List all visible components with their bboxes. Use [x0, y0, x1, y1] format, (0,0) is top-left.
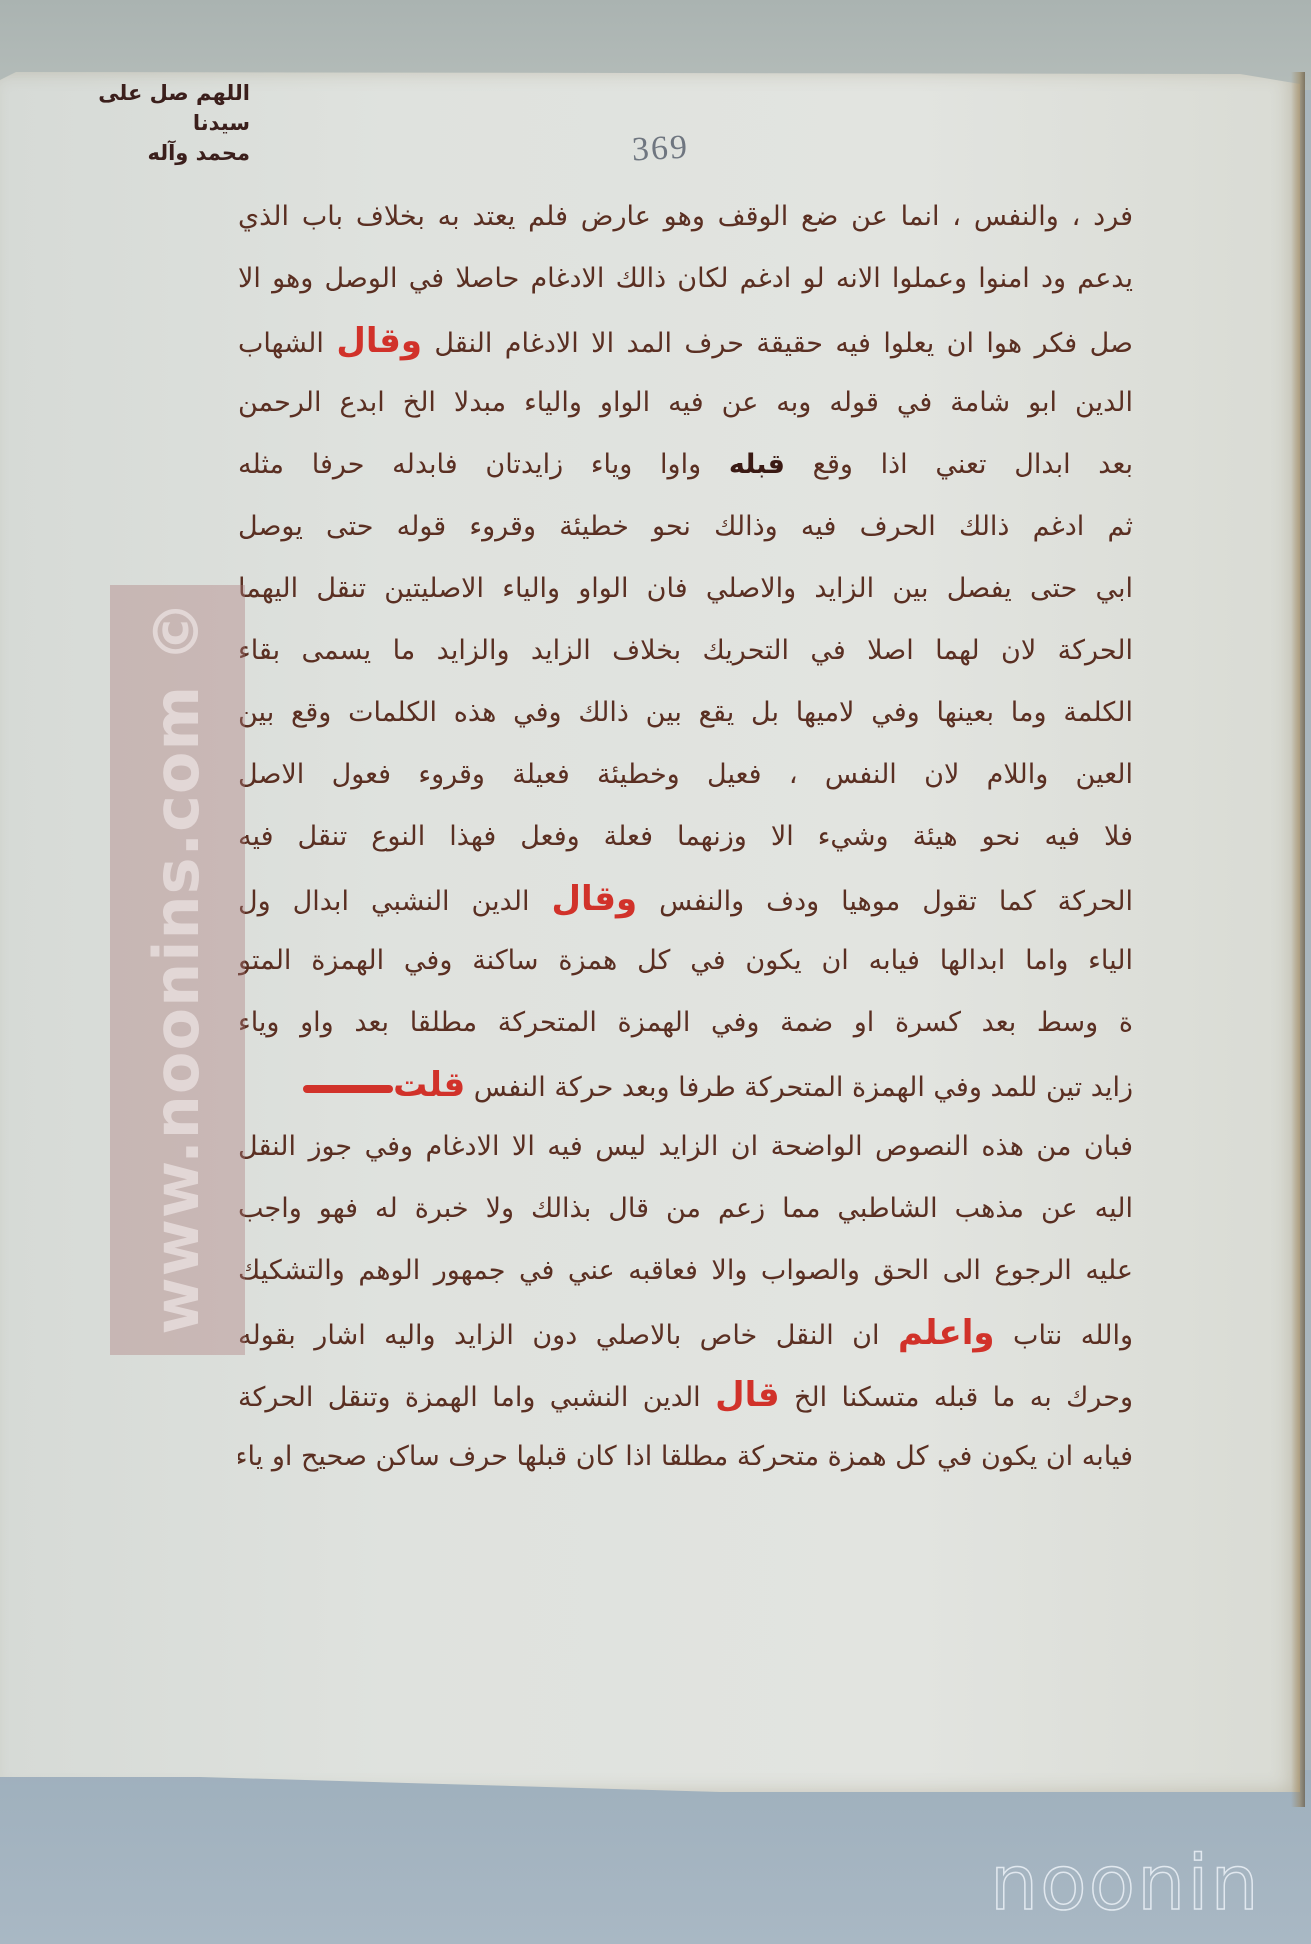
- line-text: فبان من هذه النصوص الواضحة ان الزايد ليس…: [238, 1131, 1133, 1162]
- manuscript-line: صل فكر هوا ان يعلوا فيه حقيقة حرف المد ا…: [238, 310, 1133, 372]
- page-edge-stain: [1291, 72, 1305, 1807]
- line-text: فلا فيه نحو هيئة وشيء الا وزنهما فعلة وف…: [238, 821, 1133, 852]
- manuscript-line: الحركة لان لهما اصلا في التحريك بخلاف ال…: [238, 620, 1133, 682]
- manuscript-line: زايد تين للمد وفي الهمزة المتحركة طرفا و…: [238, 1054, 1133, 1116]
- manuscript-line: وحرك به ما قبله متسكنا الخ قال الدين الن…: [238, 1364, 1133, 1426]
- line-text: ابي حتى يفصل بين الزايد والاصلي فان الوا…: [238, 573, 1133, 604]
- line-text: العين واللام لان النفس ، فعيل وخطيئة فعي…: [238, 759, 1133, 790]
- manuscript-line: الياء واما ابدالها فيابه ان يكون في كل ه…: [238, 930, 1133, 992]
- margin-note: اللهم صل على سيدنا محمد وآله: [40, 78, 250, 168]
- line-text: ثم ادغم ذالك الحرف فيه وذالك نحو خطيئة و…: [238, 511, 1133, 542]
- emphasized-word: قبله: [729, 449, 785, 480]
- margin-note-line: اللهم صل على سيدنا: [40, 78, 250, 138]
- manuscript-line: الدين ابو شامة في قوله وبه عن فيه الواو …: [238, 372, 1133, 434]
- line-text: ان النقل خاص بالاصلي دون الزايد واليه اش…: [238, 1320, 898, 1351]
- rubric-red-word: قلت: [393, 1065, 465, 1105]
- line-text: الدين ابو شامة في قوله وبه عن فيه الواو …: [238, 387, 1133, 418]
- manuscript-line: الكلمة وما بعينها وفي لاميها بل يقع بين …: [238, 682, 1133, 744]
- rubric-red-word: وقال: [552, 879, 638, 919]
- manuscript-text-block: فرد ، والنفس ، انما عن ضع الوقف وهو عارض…: [238, 186, 1133, 1488]
- line-text: الحركة لان لهما اصلا في التحريك بخلاف ال…: [238, 635, 1133, 666]
- manuscript-line: العين واللام لان النفس ، فعيل وخطيئة فعي…: [238, 744, 1133, 806]
- line-text: يدعم ود امنوا وعملوا الانه لو ادغم لكان …: [238, 263, 1133, 294]
- line-text: وحرك به ما قبله متسكنا الخ: [780, 1382, 1133, 1413]
- line-text: الياء واما ابدالها فيابه ان يكون في كل ه…: [238, 945, 1133, 976]
- rubric-red-word: وقال: [336, 321, 422, 361]
- line-text: بعد ابدال تعني اذا وقع: [785, 449, 1133, 480]
- line-text: ة وسط بعد كسرة او ضمة وفي الهمزة المتحرك…: [238, 1007, 1133, 1038]
- line-text: اليه عن مذهب الشاطبي مما زعم من قال بذال…: [238, 1193, 1133, 1224]
- manuscript-line: بعد ابدال تعني اذا وقع قبله واوا وياء زا…: [238, 434, 1133, 496]
- red-rubric-stroke: [303, 1085, 393, 1093]
- folio-number: 369: [631, 129, 690, 170]
- manuscript-line: ة وسط بعد كسرة او ضمة وفي الهمزة المتحرك…: [238, 992, 1133, 1054]
- line-text: فيابه ان يكون في كل همزة متحركة مطلقا اذ…: [238, 1441, 1133, 1472]
- line-text: الدين النشبي ابدال ول: [238, 886, 552, 917]
- rubric-red-word: قال: [715, 1375, 780, 1415]
- manuscript-line: والله نتاب واعلم ان النقل خاص بالاصلي دو…: [238, 1302, 1133, 1364]
- line-text: فرد ، والنفس ، انما عن ضع الوقف وهو عارض…: [238, 201, 1133, 232]
- manuscript-line: فلا فيه نحو هيئة وشيء الا وزنهما فعلة وف…: [238, 806, 1133, 868]
- manuscript-line: ثم ادغم ذالك الحرف فيه وذالك نحو خطيئة و…: [238, 496, 1133, 558]
- manuscript-line: فيابه ان يكون في كل همزة متحركة مطلقا اذ…: [238, 1426, 1133, 1488]
- watermark-corner: noonin: [990, 1838, 1261, 1927]
- manuscript-line: اليه عن مذهب الشاطبي مما زعم من قال بذال…: [238, 1178, 1133, 1240]
- manuscript-line: فرد ، والنفس ، انما عن ضع الوقف وهو عارض…: [238, 186, 1133, 248]
- line-text: زايد تين للمد وفي الهمزة المتحركة طرفا و…: [465, 1072, 1133, 1103]
- line-text: عليه الرجوع الى الحق والصواب والا فعاقبه…: [238, 1255, 1133, 1286]
- line-text: الحركة كما تقول موهيا ودف والنفس: [637, 886, 1133, 917]
- line-text: والله نتاب: [995, 1320, 1133, 1351]
- manuscript-line: يدعم ود امنوا وعملوا الانه لو ادغم لكان …: [238, 248, 1133, 310]
- manuscript-line: ابي حتى يفصل بين الزايد والاصلي فان الوا…: [238, 558, 1133, 620]
- manuscript-line: عليه الرجوع الى الحق والصواب والا فعاقبه…: [238, 1240, 1133, 1302]
- margin-note-line: محمد وآله: [40, 138, 250, 168]
- line-text: الكلمة وما بعينها وفي لاميها بل يقع بين …: [238, 697, 1133, 728]
- line-text: واوا وياء زايدتان فابدله حرفا مثله: [238, 449, 729, 480]
- line-text: الدين النشبي واما الهمزة وتنقل الحركة: [238, 1382, 715, 1413]
- line-text: الشهاب: [238, 328, 336, 359]
- watermark-vertical: www.noonins.com ©: [112, 582, 242, 1352]
- manuscript-line: فبان من هذه النصوص الواضحة ان الزايد ليس…: [238, 1116, 1133, 1178]
- manuscript-line: الحركة كما تقول موهيا ودف والنفس وقال ال…: [238, 868, 1133, 930]
- rubric-red-word: واعلم: [898, 1313, 995, 1353]
- line-text: صل فكر هوا ان يعلوا فيه حقيقة حرف المد ا…: [422, 328, 1133, 359]
